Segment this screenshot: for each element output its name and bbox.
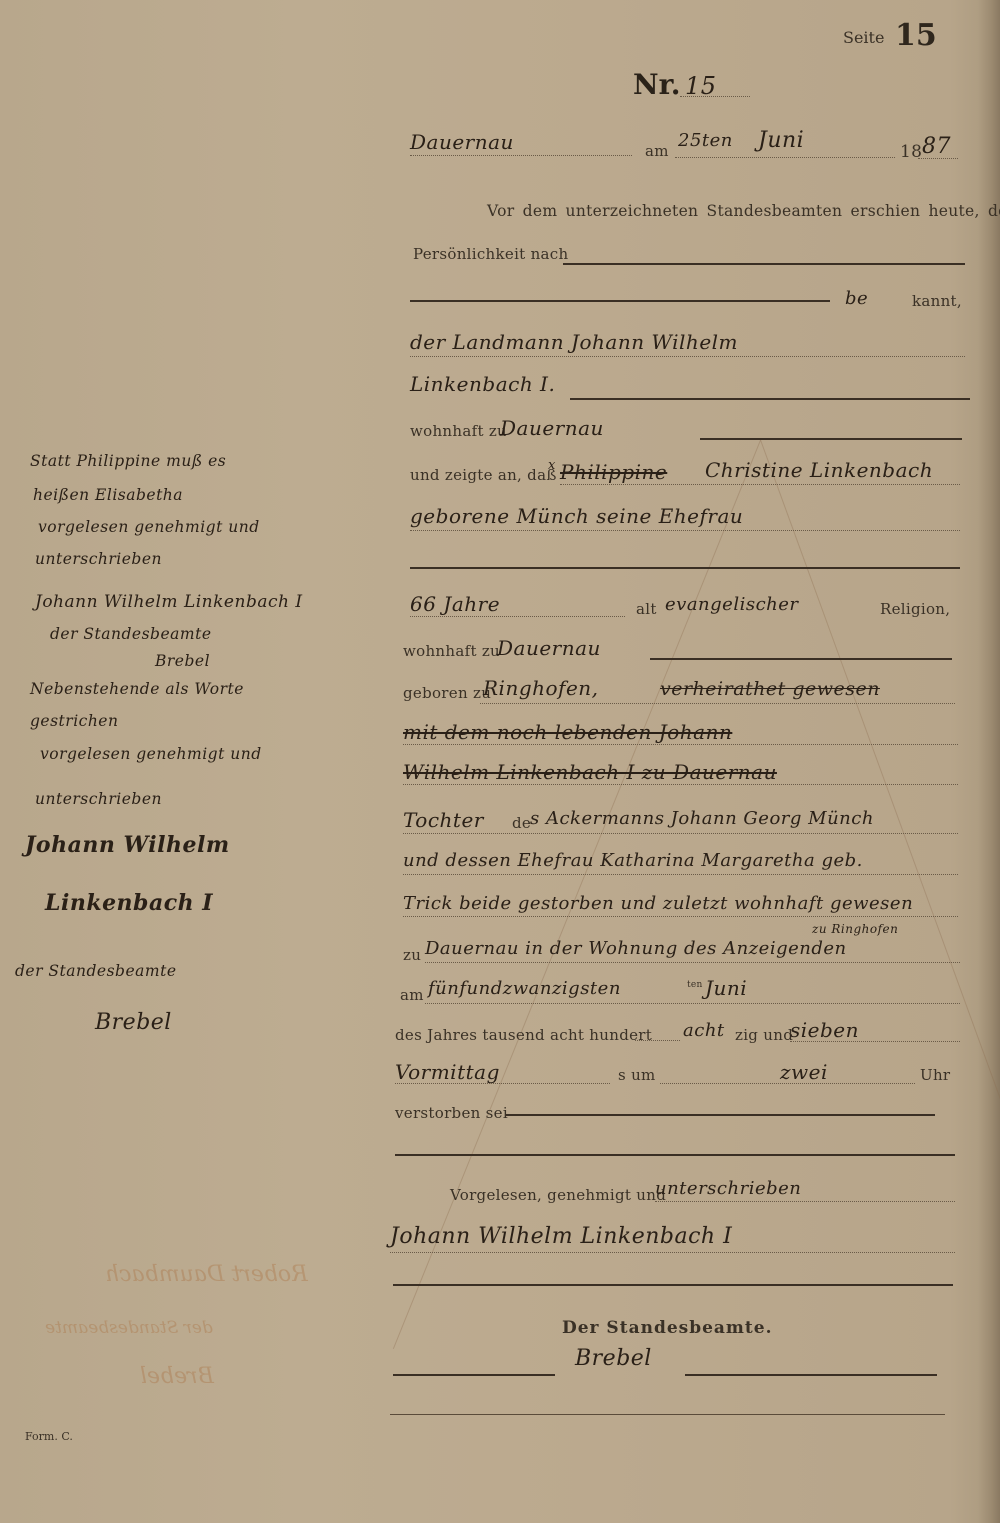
margin-signature: Brebel bbox=[95, 1010, 172, 1035]
geboren-label: geboren zu bbox=[403, 684, 491, 702]
struck-first-name: Philippine bbox=[560, 460, 667, 484]
wohnhaft-label-2: wohnhaft zu bbox=[403, 642, 500, 660]
rule-line bbox=[393, 1284, 953, 1286]
dotted-line bbox=[395, 1083, 610, 1084]
rule-line bbox=[395, 1154, 955, 1156]
informant-residence: Dauernau bbox=[500, 416, 604, 440]
parents-status: Trick beide gestorben und zuletzt wohnha… bbox=[403, 893, 913, 914]
deceased-residence: Dauernau bbox=[497, 636, 601, 660]
margin-signature: Linkenbach I bbox=[45, 890, 213, 916]
bleed-through-text: Brebel bbox=[140, 1364, 214, 1389]
birthplace: Ringhofen, bbox=[483, 676, 599, 700]
uhr-label: Uhr bbox=[920, 1066, 950, 1084]
deceased-age: 66 Jahre bbox=[410, 592, 500, 616]
struck-text-1: verheirathet gewesen bbox=[660, 678, 880, 700]
entry-number-label: Nr. bbox=[633, 68, 681, 101]
registry-day: 25ten bbox=[678, 130, 733, 151]
margin-signature: Johann Wilhelm Linkenbach I bbox=[35, 592, 303, 612]
struck-text-2: mit dem noch lebenden Johann bbox=[403, 720, 732, 744]
margin-note: heißen Elisabetha bbox=[33, 486, 183, 504]
zig-und-label: zig und bbox=[735, 1026, 793, 1044]
bekannt-handwritten: be bbox=[845, 288, 868, 309]
dotted-line bbox=[410, 616, 625, 617]
deceased-name: Christine Linkenbach bbox=[705, 458, 933, 482]
registry-month: Juni bbox=[758, 128, 804, 153]
rule-line bbox=[505, 1114, 935, 1116]
dotted-line bbox=[480, 703, 955, 704]
am-label: am bbox=[645, 142, 669, 160]
rule-line bbox=[563, 263, 965, 265]
hour: zwei bbox=[780, 1060, 828, 1084]
bleed-through-text: Robert Daumbach bbox=[105, 1262, 308, 1287]
unterschrieben-handwritten: unterschrieben bbox=[655, 1178, 801, 1199]
dotted-line bbox=[560, 484, 960, 485]
dotted-line bbox=[403, 744, 958, 745]
struck-text-3: Wilhelm Linkenbach I zu Dauernau bbox=[403, 760, 777, 784]
mother: und dessen Ehefrau Katharina Margaretha … bbox=[403, 850, 863, 871]
rule-line bbox=[700, 438, 962, 440]
year-units: sieben bbox=[790, 1018, 859, 1042]
relationship: Tochter bbox=[403, 808, 484, 832]
dotted-line bbox=[390, 1252, 955, 1253]
religion: evangelischer bbox=[665, 594, 799, 615]
time-of-day: Vormittag bbox=[395, 1060, 500, 1084]
jahres-label: des Jahres tausend acht hundert bbox=[395, 1026, 652, 1044]
rule-line bbox=[650, 658, 952, 660]
margin-note: Statt Philippine muß es bbox=[30, 452, 226, 470]
margin-note: unterschrieben bbox=[35, 790, 162, 808]
alt-label: alt bbox=[636, 600, 657, 618]
dotted-line bbox=[403, 784, 958, 785]
margin-note: der Standesbeamte bbox=[15, 962, 177, 980]
dotted-line bbox=[403, 833, 958, 834]
margin-note: vorgelesen genehmigt und bbox=[38, 518, 260, 536]
dotted-line bbox=[403, 916, 958, 917]
year-prefix: 18 bbox=[900, 142, 922, 162]
official-title: Der Standesbeamte. bbox=[562, 1318, 773, 1338]
year-suffix: 87 bbox=[922, 134, 951, 159]
margin-note: gestrichen bbox=[30, 712, 118, 730]
margin-signature: Brebel bbox=[155, 652, 210, 670]
margin-note: unterschrieben bbox=[35, 550, 162, 568]
registry-place: Dauernau bbox=[410, 130, 514, 154]
dotted-line bbox=[635, 1040, 680, 1041]
death-place: Dauernau in der Wohnung des Anzeigenden bbox=[425, 938, 847, 959]
dotted-line bbox=[680, 96, 750, 97]
year-tens: acht bbox=[683, 1020, 725, 1041]
informant-line-1: der Landmann Johann Wilhelm bbox=[410, 330, 738, 354]
de-label: de bbox=[512, 814, 531, 832]
form-intro: Vor dem unterzeichneten Standesbeamten e… bbox=[487, 202, 1000, 220]
margin-note: der Standesbeamte bbox=[50, 625, 212, 643]
insertion-above: zu Ringhofen bbox=[812, 922, 898, 936]
persoenlichkeit-label: Persönlichkeit nach bbox=[413, 245, 568, 263]
um-label: s um bbox=[618, 1066, 656, 1084]
margin-note: Nebenstehende als Worte bbox=[30, 680, 244, 698]
rule-line bbox=[393, 1374, 555, 1376]
rule-line bbox=[410, 300, 830, 302]
rule-line bbox=[390, 1414, 945, 1415]
deceased-maiden-name: geborene Münch seine Ehefrau bbox=[410, 504, 743, 528]
religion-label: Religion, bbox=[880, 600, 950, 618]
informant-signature: Johann Wilhelm Linkenbach I bbox=[390, 1224, 732, 1249]
bleed-through-text: der Standesbeamte bbox=[45, 1318, 213, 1338]
register-page: Seite 15 Nr. 15 Dauernau am 25ten Juni 1… bbox=[0, 0, 1000, 1523]
dotted-line bbox=[655, 1201, 955, 1202]
margin-signature: Johann Wilhelm bbox=[25, 832, 230, 858]
dotted-line bbox=[425, 962, 960, 963]
dotted-line bbox=[410, 155, 632, 156]
rule-line bbox=[570, 398, 970, 400]
verstorben-label: verstorben sei bbox=[395, 1104, 508, 1122]
death-month: Juni bbox=[705, 976, 747, 1000]
zu-label: zu bbox=[403, 946, 421, 964]
official-signature: Brebel bbox=[575, 1346, 652, 1371]
dotted-line bbox=[918, 158, 958, 159]
page-number: 15 bbox=[895, 18, 937, 53]
zeigte-label: und zeigte an, daß bbox=[410, 466, 557, 484]
dotted-line bbox=[403, 874, 958, 875]
father: s Ackermanns Johann Georg Münch bbox=[530, 808, 874, 829]
dotted-line bbox=[410, 356, 965, 357]
dotted-line bbox=[425, 1003, 960, 1004]
page-label: Seite bbox=[843, 28, 884, 47]
dotted-line bbox=[410, 530, 960, 531]
vorgelesen-label: Vorgelesen, genehmigt und bbox=[450, 1186, 666, 1204]
form-code: Form. C. bbox=[25, 1430, 73, 1443]
rule-line bbox=[410, 567, 960, 569]
rule-line bbox=[685, 1374, 937, 1376]
dotted-line bbox=[675, 157, 895, 158]
death-day: fünfundzwanzigsten bbox=[428, 978, 621, 999]
bekannt-label: kannt, bbox=[912, 292, 962, 310]
insertion-mark: x bbox=[548, 458, 556, 473]
am-label-2: am bbox=[400, 986, 424, 1004]
wohnhaft-label: wohnhaft zu bbox=[410, 422, 507, 440]
dotted-line bbox=[790, 1041, 960, 1042]
margin-note: vorgelesen genehmigt und bbox=[40, 745, 262, 763]
binding-gutter bbox=[978, 0, 1000, 1523]
ten-suffix: ten bbox=[687, 980, 703, 990]
informant-line-2: Linkenbach I. bbox=[410, 372, 555, 396]
